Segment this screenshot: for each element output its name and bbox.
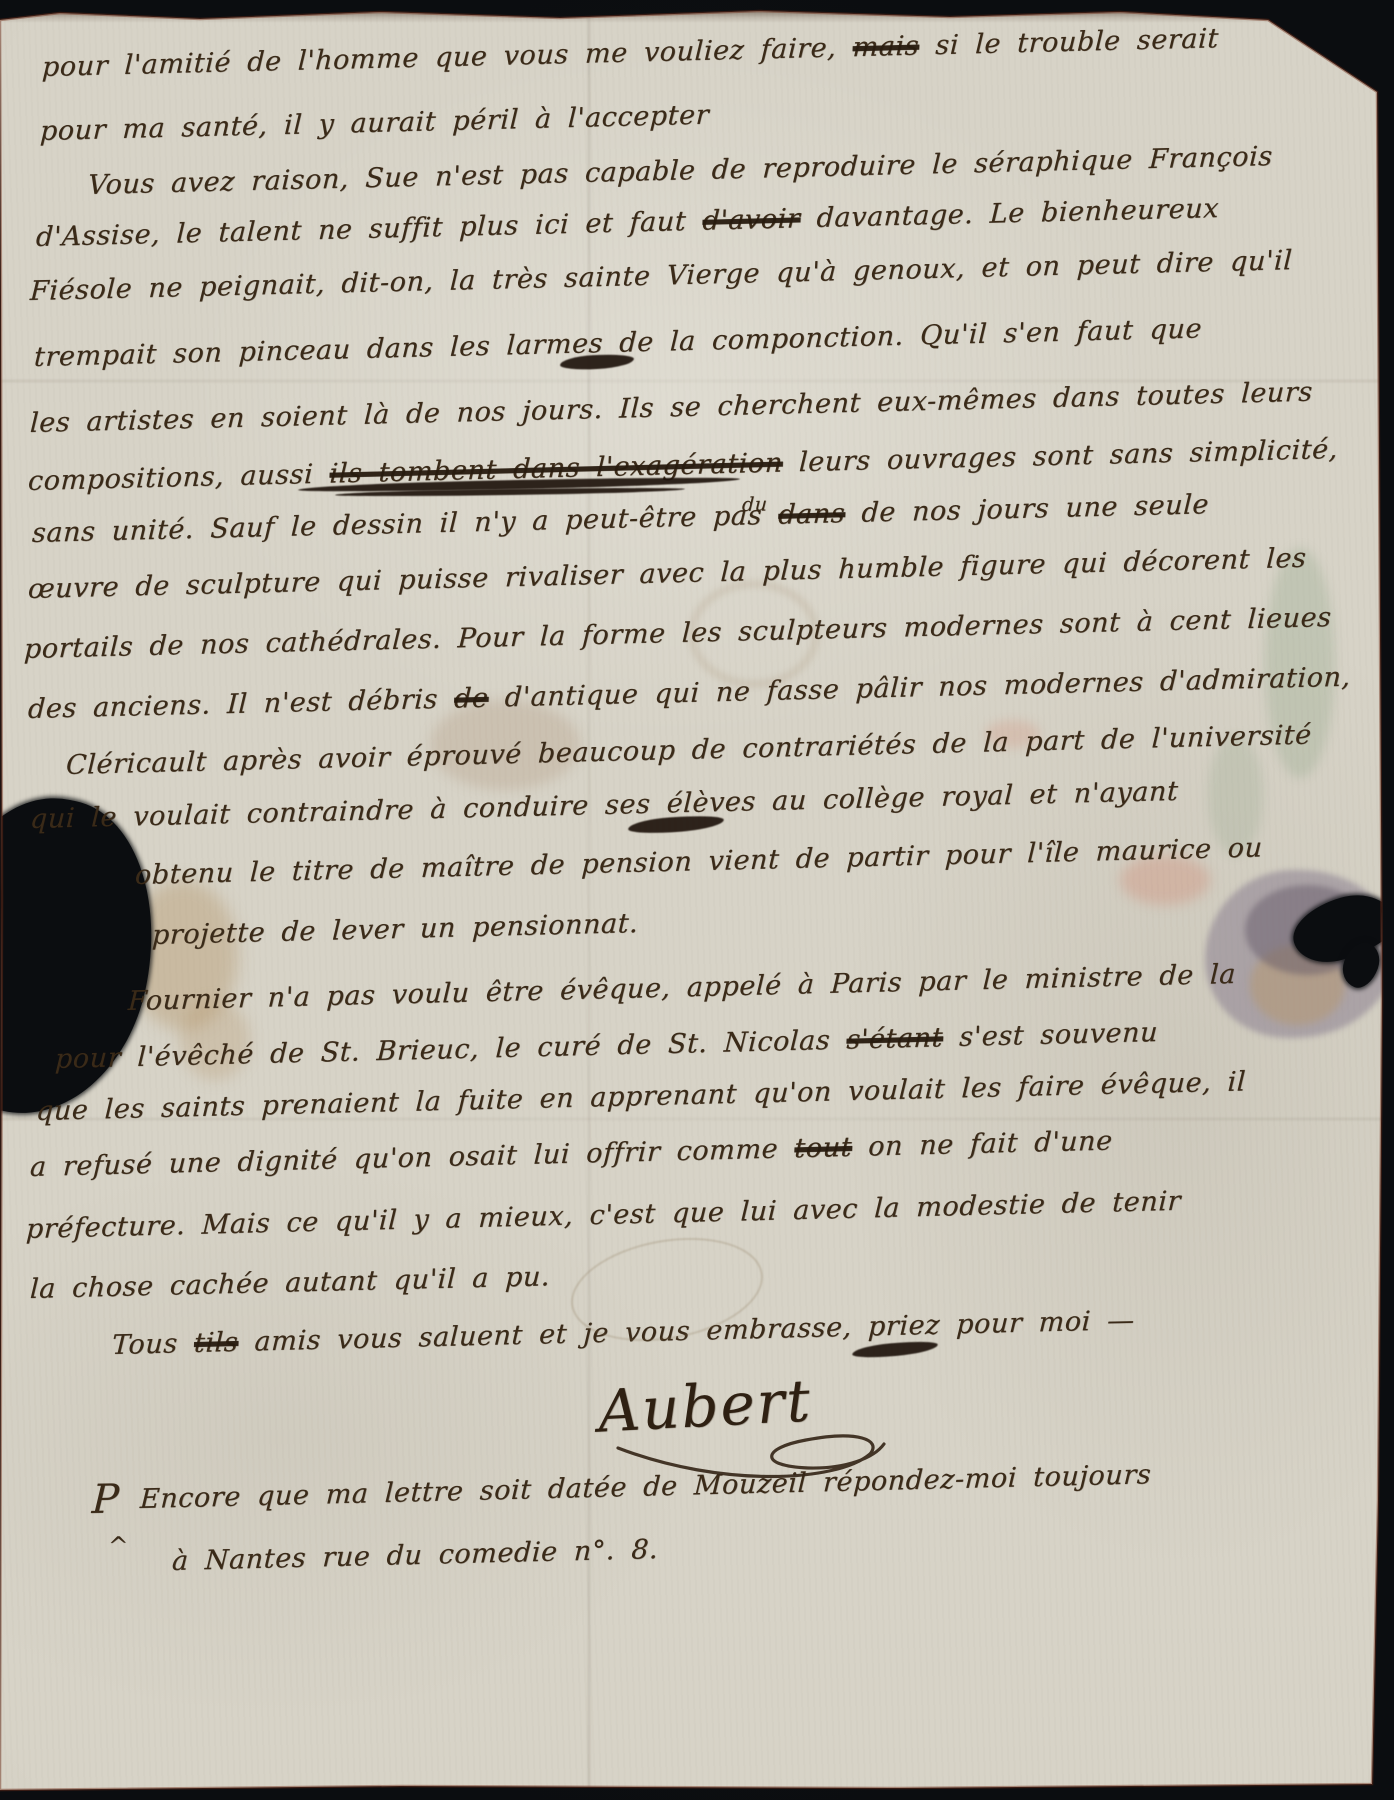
handwritten-line: portails de nos cathédrales. Pour la for… [23, 602, 1332, 666]
signature: Aubert [596, 1366, 813, 1445]
paragraph-mark: P [91, 1475, 121, 1524]
handwritten-line: Fiésole ne peignait, dit-on, la très sai… [29, 245, 1293, 308]
postscript-line: Encore que ma lettre soit datée de Mouze… [139, 1459, 1152, 1516]
handwritten-line: les artistes en soient là de nos jours. … [29, 377, 1313, 441]
handwritten-line: Tous tils amis vous saluent et je vous e… [111, 1305, 1135, 1362]
handwritten-line: Fournier n'a pas voulu être évêque, appe… [127, 959, 1236, 1019]
handwritten-line: sans unité. Sauf le dessin il n'y a peut… [31, 489, 1209, 550]
handwritten-line: des anciens. Il n'est débris de d'antiqu… [27, 662, 1351, 727]
handwritten-line: compositions, aussi ils tombent dans l'e… [27, 434, 1338, 498]
handwritten-line: œuvre de sculpture qui puisse rivaliser … [27, 543, 1307, 607]
handwritten-line: pour ma santé, il y aurait péril à l'acc… [39, 100, 710, 149]
text-layer: pour l'amitié de l'homme que vous me vou… [0, 0, 1394, 1800]
handwritten-line: préfecture. Mais ce qu'il y a mieux, c'e… [25, 1186, 1182, 1247]
handwritten-line: pour l'amitié de l'homme que vous me vou… [41, 23, 1219, 84]
handwritten-line: Vous avez raison, Sue n'est pas capable … [87, 141, 1273, 202]
handwritten-line: d'Assise, le talent ne suffit plus ici e… [35, 193, 1220, 254]
paper-sheet: pour l'amitié de l'homme que vous me vou… [0, 0, 1394, 1800]
postscript-line: à Nantes rue du comedie n°. 8. [171, 1534, 659, 1578]
superscript-insertion: du [741, 493, 768, 516]
handwritten-line: a refusé une dignité qu'on osait lui off… [29, 1126, 1113, 1185]
handwritten-line: projette de lever un pensionnat. [151, 908, 639, 952]
handwritten-line: Cléricault après avoir éprouvé beaucoup … [65, 720, 1312, 783]
letter-scan: pour l'amitié de l'homme que vous me vou… [0, 0, 1394, 1800]
handwritten-line: qui le voulait contraindre à conduire se… [29, 776, 1179, 837]
handwritten-line: pour l'évêché de St. Brieuc, le curé de … [54, 1017, 1159, 1076]
handwritten-line: obtenu le titre de maître de pension vie… [134, 832, 1263, 892]
handwritten-line: la chose cachée autant qu'il a pu. [29, 1261, 551, 1306]
caret-mark: ^ [107, 1531, 129, 1560]
handwritten-line: trempait son pinceau dans les larmes de … [33, 313, 1202, 374]
handwritten-line: que les saints prenaient la fuite en app… [35, 1066, 1246, 1128]
